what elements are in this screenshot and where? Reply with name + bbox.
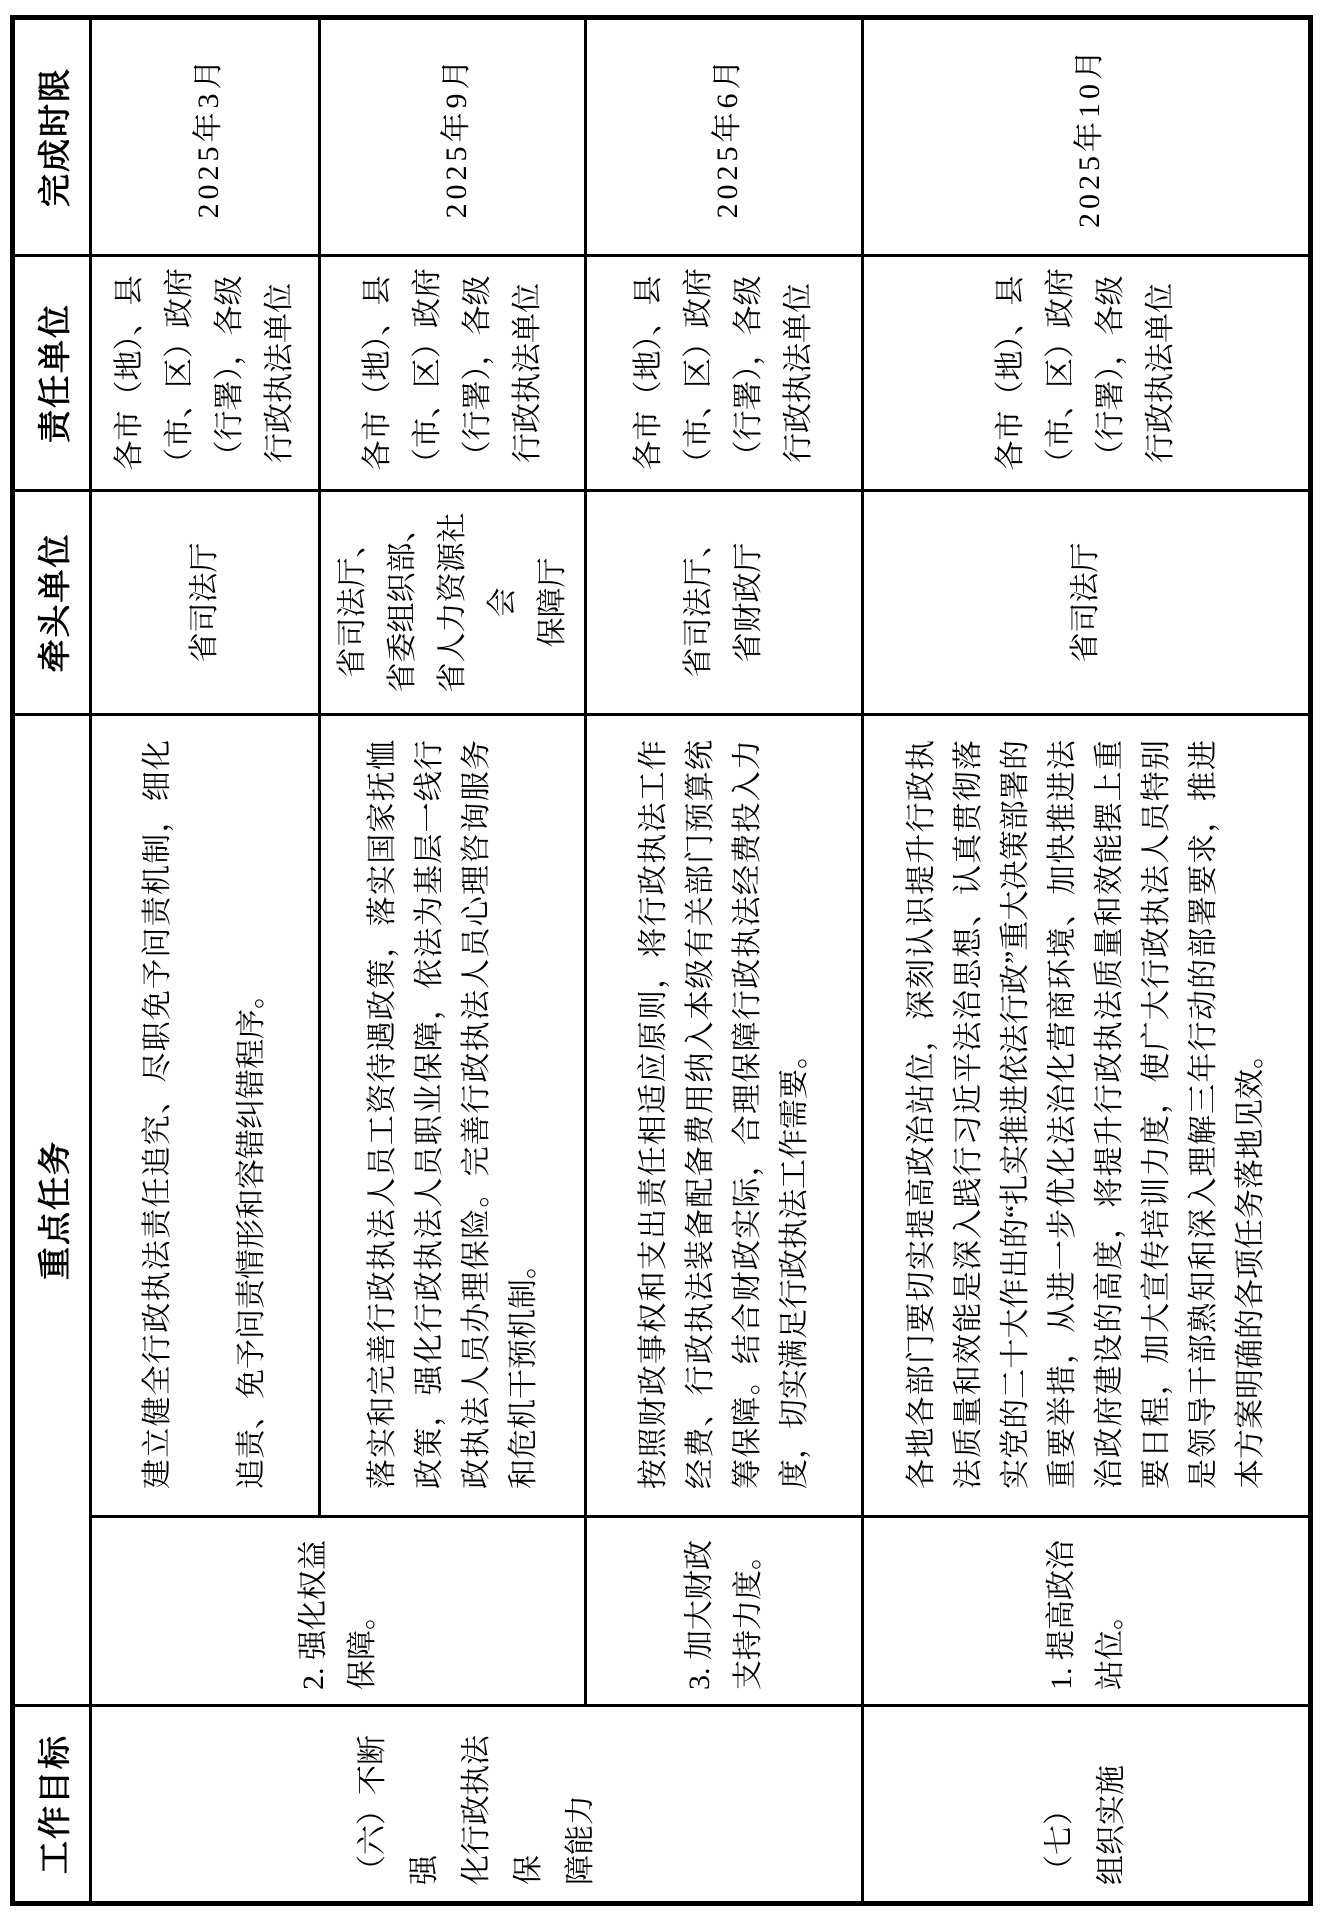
cell-task-c: 按照财政事权和支出责任相适应原则，将行政执法工作经费、行政执法装备配备费用纳入本… xyxy=(586,715,863,1517)
header-goal: 工作目标 xyxy=(13,1706,91,1904)
cell-task-number-2: 2. 强化权益 保障。 xyxy=(91,1517,586,1706)
cell-task-d: 各地各部门要切实提高政治站位，深刻认识提升行政执法质量和效能是深入践行习近平法治… xyxy=(863,715,1311,1517)
cell-task-b: 落实和完善行政执法人员工资待遇政策，落实国家抚恤政策，强化行政执法人员职业保障，… xyxy=(320,715,586,1517)
cell-task-number-1: 1. 提高政治 站位。 xyxy=(863,1517,1311,1706)
header-responsible-unit: 责任单位 xyxy=(13,256,91,491)
cell-deadline-d: 2025年10月 xyxy=(863,18,1311,256)
cell-deadline-b: 2025年9月 xyxy=(320,18,586,256)
cell-responsible-b: 各市（地）、县 （市、区）政府 （行署），各级 行政执法单位 xyxy=(320,256,586,491)
header-deadline: 完成时限 xyxy=(13,18,91,256)
cell-responsible-d: 各市（地）、县 （市、区）政府 （行署），各级 行政执法单位 xyxy=(863,256,1311,491)
header-task: 重点任务 xyxy=(13,715,91,1706)
rotated-landscape-canvas: 工作目标 重点任务 牵头单位 责任单位 完成时限 （六）不断强 化行政执法保 障… xyxy=(0,0,1323,1922)
header-lead-unit: 牵头单位 xyxy=(13,491,91,715)
cell-lead-c: 省司法厅、 省财政厅 xyxy=(586,491,863,715)
table-row: （六）不断强 化行政执法保 障能力 2. 强化权益 保障。 建立健全行政执法责任… xyxy=(91,18,320,1904)
cell-task-number-3: 3. 加大财政 支持力度。 xyxy=(586,1517,863,1706)
cell-responsible-a: 各市（地）、县 （市、区）政府 （行署），各级 行政执法单位 xyxy=(91,256,320,491)
appendix-task-table: 工作目标 重点任务 牵头单位 责任单位 完成时限 （六）不断强 化行政执法保 障… xyxy=(10,15,1313,1906)
cell-goal-seven: （七） 组织实施 xyxy=(863,1706,1311,1904)
cell-lead-b: 省司法厅、 省委组织部、 省人力资源社会 保障厅 xyxy=(320,491,586,715)
cell-goal-six: （六）不断强 化行政执法保 障能力 xyxy=(91,1706,863,1904)
cell-lead-d: 省司法厅 xyxy=(863,491,1311,715)
cell-task-a: 建立健全行政执法责任追究、尽职免予问责机制，细化追责、免予问责情形和容错纠错程序… xyxy=(91,715,320,1517)
cell-deadline-a: 2025年3月 xyxy=(91,18,320,256)
cell-responsible-c: 各市（地）、县 （市、区）政府 （行署），各级 行政执法单位 xyxy=(586,256,863,491)
table-row: （七） 组织实施 1. 提高政治 站位。 各地各部门要切实提高政治站位，深刻认识… xyxy=(863,18,1311,1904)
cell-deadline-c: 2025年6月 xyxy=(586,18,863,256)
table-header-row: 工作目标 重点任务 牵头单位 责任单位 完成时限 xyxy=(13,18,91,1904)
scanned-document-page: 工作目标 重点任务 牵头单位 责任单位 完成时限 （六）不断强 化行政执法保 障… xyxy=(0,0,1323,1922)
table-row: 3. 加大财政 支持力度。 按照财政事权和支出责任相适应原则，将行政执法工作经费… xyxy=(586,18,863,1904)
cell-lead-a: 省司法厅 xyxy=(91,491,320,715)
